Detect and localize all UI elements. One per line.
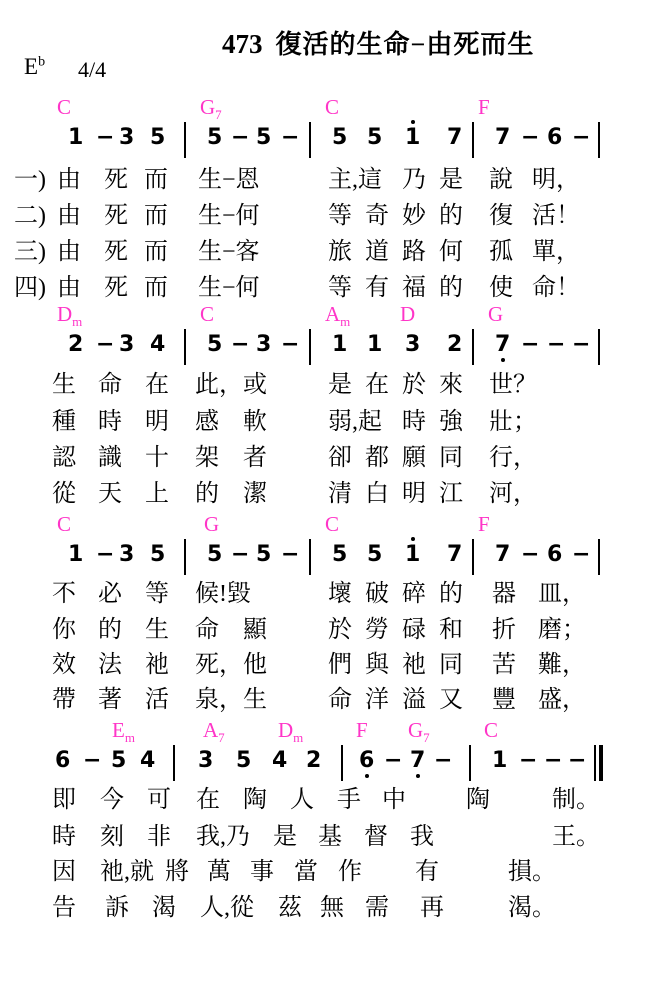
lyric-syllable: 不 — [52, 582, 76, 607]
note-digit: 5 — [150, 544, 165, 566]
chord-root: G — [408, 718, 423, 742]
lyric-syllable: 苦 — [492, 653, 516, 678]
lyric-syllable: 種 — [52, 410, 76, 435]
lyric-syllable: 在 — [365, 373, 389, 398]
lyric-syllable: 生 — [145, 618, 169, 643]
chord-root: C — [57, 95, 71, 119]
lyric-syllable: 的 — [439, 204, 463, 229]
note-digit: 7 — [447, 127, 462, 149]
note-dash: − — [521, 127, 539, 149]
chord-root: G — [488, 302, 503, 326]
lyric-syllable: 將 — [165, 860, 189, 885]
note-digit: 4 — [140, 750, 155, 772]
note-dash: − — [521, 544, 539, 566]
lyric-syllable: 等 — [328, 276, 352, 301]
lyric-syllable: 命！ — [532, 276, 580, 301]
lyric-syllable: 是 — [328, 373, 352, 398]
chord-root: D — [57, 302, 72, 326]
lyric-syllable: 行， — [489, 446, 537, 471]
lyric-syllable: 強 — [439, 410, 463, 435]
lyric-syllable: 今 — [100, 788, 124, 813]
chord-label: A7 — [203, 720, 225, 744]
lyric-syllable: 復 — [489, 204, 513, 229]
note-dash: − — [547, 334, 565, 356]
lyric-syllable: 時 — [402, 410, 426, 435]
chord-label: C — [57, 97, 71, 118]
barline — [598, 539, 600, 575]
lyric-syllable: 來 — [439, 373, 463, 398]
chord-label: G7 — [200, 97, 222, 121]
lyric-syllable: 渴。 — [508, 896, 556, 921]
lyric-syllable: 同 — [439, 446, 463, 471]
hymn-header: 473復活的生命−由死而生 — [222, 24, 534, 61]
note-digit: 5 — [207, 334, 222, 356]
lyric-syllable: 在 — [196, 788, 220, 813]
lyric-syllable: 生 — [52, 373, 76, 398]
note-digit: 6 — [547, 544, 562, 566]
lyric-syllable: 萬 — [207, 860, 231, 885]
lyric-syllable: 由 — [57, 276, 81, 301]
lyric-syllable: 是 — [273, 825, 297, 850]
lyric-syllable: 磨； — [538, 618, 586, 643]
chord-label: Am — [325, 304, 350, 328]
lyric-syllable: 而 — [144, 168, 168, 193]
lyric-syllable: 由 — [57, 204, 81, 229]
chord-label: Dm — [278, 720, 303, 744]
lyric-syllable: 無 — [320, 896, 344, 921]
lyric-syllable: 等 — [328, 204, 352, 229]
chord-root: C — [200, 302, 214, 326]
lyric-syllable: 認 — [52, 446, 76, 471]
barline — [173, 745, 175, 781]
chord-root: F — [478, 95, 490, 119]
chord-root: A — [203, 718, 218, 742]
note-dash: − — [384, 750, 402, 772]
barline — [594, 745, 596, 781]
note-digit: 5 — [236, 750, 251, 772]
barline — [472, 122, 474, 158]
chord-quality: 7 — [423, 730, 430, 745]
octave-dot-low — [416, 774, 420, 778]
lyric-syllable: 壯； — [489, 410, 537, 435]
lyric-syllable: 難， — [538, 653, 586, 678]
note-digit: 7 — [495, 334, 510, 356]
chord-label: C — [57, 514, 71, 535]
chord-root: C — [484, 718, 498, 742]
lyric-syllable: 奇 — [365, 204, 389, 229]
note-dash: − — [231, 544, 249, 566]
note-dash: − — [434, 750, 452, 772]
note-digit: 5 — [111, 750, 126, 772]
note-digit: 1 — [68, 127, 83, 149]
lyric-syllable: 孤 — [489, 240, 513, 265]
lyric-syllable: 督 — [364, 825, 388, 850]
lyric-syllable: 們 — [328, 653, 352, 678]
lyric-syllable: 的 — [439, 276, 463, 301]
lyric-syllable: 中 — [382, 788, 406, 813]
chord-label: F — [356, 720, 368, 741]
note-dash: − — [281, 127, 299, 149]
note-dash: − — [96, 127, 114, 149]
note-digit: 7 — [410, 750, 425, 772]
note-digit: 1 — [68, 544, 83, 566]
barline — [599, 745, 603, 781]
lyric-syllable: 願 — [402, 446, 426, 471]
chord-label: Em — [112, 720, 135, 744]
chord-label: G — [204, 514, 219, 535]
note-dash: − — [83, 750, 101, 772]
lyric-syllable: 豐 — [492, 688, 516, 713]
lyric-syllable: 死 — [104, 240, 128, 265]
lyric-syllable: 上 — [145, 482, 169, 507]
note-digit: 3 — [405, 334, 420, 356]
lyric-syllable: 人 — [290, 788, 314, 813]
octave-dot-low — [365, 774, 369, 778]
lyric-syllable: 命 — [195, 618, 219, 643]
lyric-syllable: 有 — [415, 860, 439, 885]
lyric-syllable: 等 — [145, 582, 169, 607]
chord-root: D — [278, 718, 293, 742]
lyric-syllable: 世？ — [489, 373, 537, 398]
hymn-sheet-page: 473復活的生命−由死而生 Eb 4/4 CG7CF1−355−5−55177−… — [0, 0, 647, 983]
chord-label: G7 — [408, 720, 430, 744]
lyric-syllable: 同 — [439, 653, 463, 678]
lyric-syllable: 損。 — [508, 860, 556, 885]
lyric-syllable: 必 — [98, 582, 122, 607]
barline — [309, 539, 311, 575]
chord-quality: m — [340, 314, 350, 329]
hymn-title: 復活的生命−由死而生 — [276, 30, 535, 59]
lyric-syllable: 手 — [337, 788, 361, 813]
lyric-syllable: 器 — [492, 582, 516, 607]
lyric-syllable: 卻 — [328, 446, 352, 471]
lyric-syllable: 命 — [98, 373, 122, 398]
lyric-syllable: 刻 — [100, 825, 124, 850]
note-dash: − — [572, 334, 590, 356]
note-digit: 2 — [306, 750, 321, 772]
lyric-syllable: 清 — [328, 482, 352, 507]
lyric-syllable: 是 — [439, 168, 463, 193]
lyric-syllable: 盛， — [538, 688, 586, 713]
lyric-syllable: 福 — [402, 276, 426, 301]
lyric-syllable: 河， — [489, 482, 537, 507]
chord-root: F — [356, 718, 368, 742]
lyric-syllable: 和 — [439, 618, 463, 643]
verse-number: 一) — [14, 168, 46, 193]
barline — [472, 539, 474, 575]
lyric-syllable: 破 — [365, 582, 389, 607]
lyric-syllable: 主,這 — [328, 168, 382, 193]
chord-quality: m — [125, 730, 135, 745]
note-dash: − — [568, 750, 586, 772]
lyric-syllable: 明 — [145, 410, 169, 435]
lyric-syllable: 與 — [365, 653, 389, 678]
lyric-syllable: 識 — [98, 446, 122, 471]
chord-quality: 7 — [215, 107, 222, 122]
lyric-syllable: 於 — [402, 373, 426, 398]
lyric-syllable: 架 — [195, 446, 219, 471]
lyric-syllable: 的 — [195, 482, 219, 507]
lyric-syllable: 於 — [328, 618, 352, 643]
chord-label: C — [484, 720, 498, 741]
lyric-syllable: 旅 — [328, 240, 352, 265]
lyric-syllable: 都 — [365, 446, 389, 471]
chord-root: C — [325, 95, 339, 119]
lyric-syllable: 時 — [52, 825, 76, 850]
lyric-syllable: 祂 — [145, 653, 169, 678]
lyric-syllable: 軟 — [243, 410, 267, 435]
lyric-syllable: 祂 — [402, 653, 426, 678]
note-digit: 7 — [447, 544, 462, 566]
lyric-syllable: 說 — [489, 168, 513, 193]
chord-label: D — [400, 304, 415, 325]
octave-dot-high — [411, 120, 415, 124]
lyric-syllable: 死 — [104, 168, 128, 193]
time-signature: 4/4 — [78, 57, 106, 83]
lyric-syllable: 碎 — [402, 582, 426, 607]
chord-label: C — [200, 304, 214, 325]
chord-quality: 7 — [218, 730, 225, 745]
lyric-syllable: 十 — [145, 446, 169, 471]
chord-label: Dm — [57, 304, 82, 328]
lyric-syllable: 由 — [57, 168, 81, 193]
lyric-syllable: 告 — [52, 896, 76, 921]
lyric-syllable: 而 — [144, 204, 168, 229]
lyric-syllable: 可 — [147, 788, 171, 813]
lyric-syllable: 皿， — [538, 582, 586, 607]
note-digit: 5 — [332, 544, 347, 566]
lyric-syllable: 人,從 — [200, 896, 254, 921]
note-dash: − — [572, 127, 590, 149]
chord-root: A — [325, 302, 340, 326]
lyric-syllable: 道 — [365, 240, 389, 265]
key-signature: Eb — [24, 54, 45, 80]
barline — [309, 122, 311, 158]
note-dash: − — [519, 750, 537, 772]
lyric-syllable: 使 — [489, 276, 513, 301]
lyric-syllable: 我 — [410, 825, 434, 850]
lyric-syllable: 需 — [365, 896, 389, 921]
lyric-syllable: 江 — [439, 482, 463, 507]
lyric-syllable: 我,乃 — [196, 825, 250, 850]
lyric-syllable: 陶 — [466, 788, 490, 813]
lyric-syllable: 即 — [52, 788, 76, 813]
chord-quality: m — [72, 314, 82, 329]
note-digit: 5 — [256, 127, 271, 149]
key-root: E — [24, 54, 38, 79]
lyric-syllable: 生−客 — [198, 240, 260, 265]
lyric-syllable: 的 — [98, 618, 122, 643]
chord-root: E — [112, 718, 125, 742]
lyric-syllable: 泉，生 — [195, 688, 267, 713]
lyric-syllable: 顯 — [243, 618, 267, 643]
lyric-syllable: 弱,起 — [328, 410, 382, 435]
note-digit: 4 — [272, 750, 287, 772]
lyric-syllable: 妙 — [402, 204, 426, 229]
note-digit: 3 — [198, 750, 213, 772]
barline — [469, 745, 471, 781]
lyric-syllable: 此，或 — [195, 373, 267, 398]
note-digit: 1 — [405, 544, 420, 566]
barline — [598, 329, 600, 365]
note-digit: 5 — [367, 544, 382, 566]
verse-number: 四) — [14, 276, 46, 301]
note-digit: 5 — [367, 127, 382, 149]
lyric-syllable: 勞 — [365, 618, 389, 643]
note-digit: 1 — [332, 334, 347, 356]
lyric-syllable: 又 — [439, 688, 463, 713]
lyric-syllable: 單， — [532, 240, 580, 265]
chord-label: F — [478, 514, 490, 535]
lyric-syllable: 折 — [492, 618, 516, 643]
lyric-syllable: 感 — [195, 410, 219, 435]
barline — [472, 329, 474, 365]
note-digit: 5 — [207, 127, 222, 149]
chord-root: C — [57, 512, 71, 536]
lyric-syllable: 基 — [318, 825, 342, 850]
note-digit: 6 — [359, 750, 374, 772]
note-digit: 5 — [332, 127, 347, 149]
lyric-syllable: 有 — [365, 276, 389, 301]
chord-root: D — [400, 302, 415, 326]
lyric-syllable: 明 — [402, 482, 426, 507]
note-dash: − — [572, 544, 590, 566]
flat-symbol: b — [38, 54, 45, 69]
final-barline — [594, 745, 604, 781]
chord-root: G — [200, 95, 215, 119]
note-dash: − — [231, 127, 249, 149]
hymn-number: 473 — [222, 29, 263, 59]
lyric-syllable: 洋 — [365, 688, 389, 713]
lyric-syllable: 死 — [104, 204, 128, 229]
lyric-syllable: 制。 — [552, 788, 600, 813]
note-digit: 3 — [256, 334, 271, 356]
lyric-syllable: 生−何 — [198, 276, 260, 301]
barline — [309, 329, 311, 365]
lyric-syllable: 你 — [52, 618, 76, 643]
note-digit: 7 — [495, 544, 510, 566]
lyric-syllable: 時 — [98, 410, 122, 435]
chord-label: F — [478, 97, 490, 118]
lyric-syllable: 天 — [98, 482, 122, 507]
note-digit: 2 — [447, 334, 462, 356]
chord-label: C — [325, 97, 339, 118]
note-digit: 3 — [119, 334, 134, 356]
lyric-syllable: 乃 — [402, 168, 426, 193]
lyric-syllable: 候!毀 — [195, 582, 251, 607]
lyric-syllable: 而 — [144, 276, 168, 301]
barline — [598, 122, 600, 158]
note-dash: − — [96, 544, 114, 566]
lyric-syllable: 生−恩 — [198, 168, 260, 193]
lyric-syllable: 生−何 — [198, 204, 260, 229]
lyric-syllable: 由 — [57, 240, 81, 265]
note-dash: − — [281, 334, 299, 356]
lyric-syllable: 何 — [439, 240, 463, 265]
chord-quality: m — [293, 730, 303, 745]
lyric-syllable: 茲 — [278, 896, 302, 921]
note-digit: 5 — [207, 544, 222, 566]
note-dash: − — [281, 544, 299, 566]
lyric-syllable: 壞 — [328, 582, 352, 607]
note-dash: − — [231, 334, 249, 356]
note-digit: 1 — [492, 750, 507, 772]
lyric-syllable: 事 — [250, 860, 274, 885]
lyric-syllable: 在 — [145, 373, 169, 398]
lyric-syllable: 祂,就 — [100, 860, 154, 885]
lyric-syllable: 訴 — [105, 896, 129, 921]
lyric-syllable: 而 — [144, 240, 168, 265]
lyric-syllable: 法 — [98, 653, 122, 678]
chord-root: C — [325, 512, 339, 536]
note-dash: − — [544, 750, 562, 772]
note-digit: 6 — [55, 750, 70, 772]
barline — [184, 122, 186, 158]
lyric-syllable: 作 — [338, 860, 362, 885]
lyric-syllable: 路 — [402, 240, 426, 265]
note-digit: 4 — [150, 334, 165, 356]
lyric-syllable: 非 — [147, 825, 171, 850]
barline — [184, 329, 186, 365]
verse-number: 二) — [14, 204, 46, 229]
lyric-syllable: 當 — [294, 860, 318, 885]
chord-root: G — [204, 512, 219, 536]
chord-label: G — [488, 304, 503, 325]
lyric-syllable: 渴 — [152, 896, 176, 921]
lyric-syllable: 命 — [328, 688, 352, 713]
verse-number: 三) — [14, 240, 46, 265]
lyric-syllable: 因 — [52, 860, 76, 885]
note-digit: 3 — [119, 544, 134, 566]
note-digit: 7 — [495, 127, 510, 149]
note-dash: − — [521, 334, 539, 356]
octave-dot-low — [501, 358, 505, 362]
lyric-syllable: 死，他 — [195, 653, 267, 678]
note-digit: 5 — [256, 544, 271, 566]
lyric-syllable: 王。 — [552, 825, 600, 850]
barline — [184, 539, 186, 575]
lyric-syllable: 從 — [52, 482, 76, 507]
octave-dot-high — [411, 537, 415, 541]
note-digit: 1 — [367, 334, 382, 356]
lyric-syllable: 溢 — [402, 688, 426, 713]
lyric-syllable: 陶 — [243, 788, 267, 813]
note-digit: 5 — [150, 127, 165, 149]
barline — [341, 745, 343, 781]
lyric-syllable: 的 — [439, 582, 463, 607]
chord-root: F — [478, 512, 490, 536]
lyric-syllable: 帶 — [52, 688, 76, 713]
lyric-syllable: 潔 — [243, 482, 267, 507]
note-digit: 2 — [68, 334, 83, 356]
lyric-syllable: 著 — [98, 688, 122, 713]
note-digit: 6 — [547, 127, 562, 149]
note-digit: 1 — [405, 127, 420, 149]
chord-label: C — [325, 514, 339, 535]
lyric-syllable: 白 — [365, 482, 389, 507]
lyric-syllable: 效 — [52, 653, 76, 678]
lyric-syllable: 碌 — [402, 618, 426, 643]
lyric-syllable: 再 — [420, 896, 444, 921]
lyric-syllable: 明， — [532, 168, 580, 193]
lyric-syllable: 活！ — [532, 204, 580, 229]
lyric-syllable: 活 — [145, 688, 169, 713]
lyric-syllable: 者 — [243, 446, 267, 471]
note-dash: − — [96, 334, 114, 356]
lyric-syllable: 死 — [104, 276, 128, 301]
note-digit: 3 — [119, 127, 134, 149]
